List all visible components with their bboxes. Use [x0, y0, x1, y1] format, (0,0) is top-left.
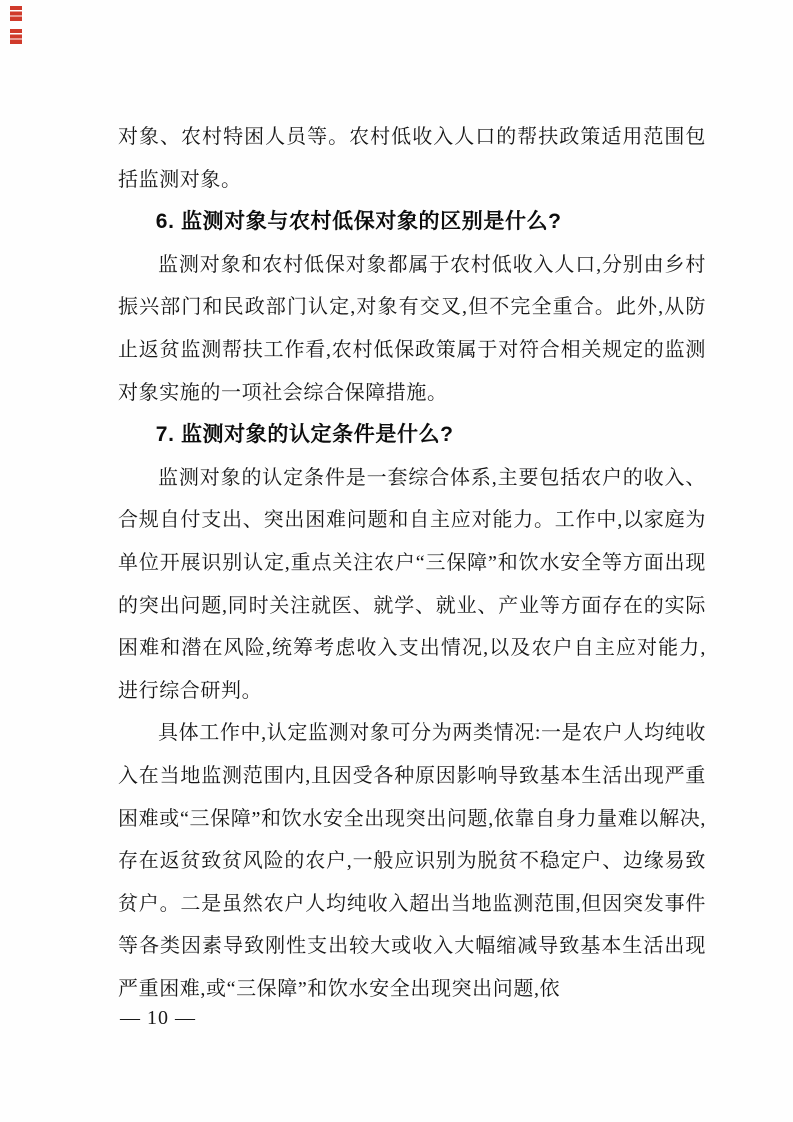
- question-heading-7: 7. 监测对象的认定条件是什么?: [118, 414, 706, 457]
- answer-paragraph-7b: 具体工作中,认定监测对象可分为两类情况:一是农户人均纯收入在当地监测范围内,且因…: [118, 712, 706, 1010]
- red-stamp-mark-bottom: [10, 29, 22, 44]
- question-heading-6: 6. 监测对象与农村低保对象的区别是什么?: [118, 201, 706, 244]
- body-text-block: 对象、农村特困人员等。农村低收入人口的帮扶政策适用范围包括监测对象。 6. 监测…: [118, 116, 706, 1010]
- scanned-document-page: 对象、农村特困人员等。农村低收入人口的帮扶政策适用范围包括监测对象。 6. 监测…: [0, 0, 793, 1122]
- answer-paragraph-6: 监测对象和农村低保对象都属于农村低收入人口,分别由乡村振兴部门和民政部门认定,对…: [118, 244, 706, 414]
- answer-paragraph-7a: 监测对象的认定条件是一套综合体系,主要包括农户的收入、合规自付支出、突出困难问题…: [118, 457, 706, 713]
- paragraph-continuation: 对象、农村特困人员等。农村低收入人口的帮扶政策适用范围包括监测对象。: [118, 116, 706, 201]
- red-stamp-mark-top: [10, 6, 22, 21]
- page-number: — 10 —: [120, 1007, 196, 1030]
